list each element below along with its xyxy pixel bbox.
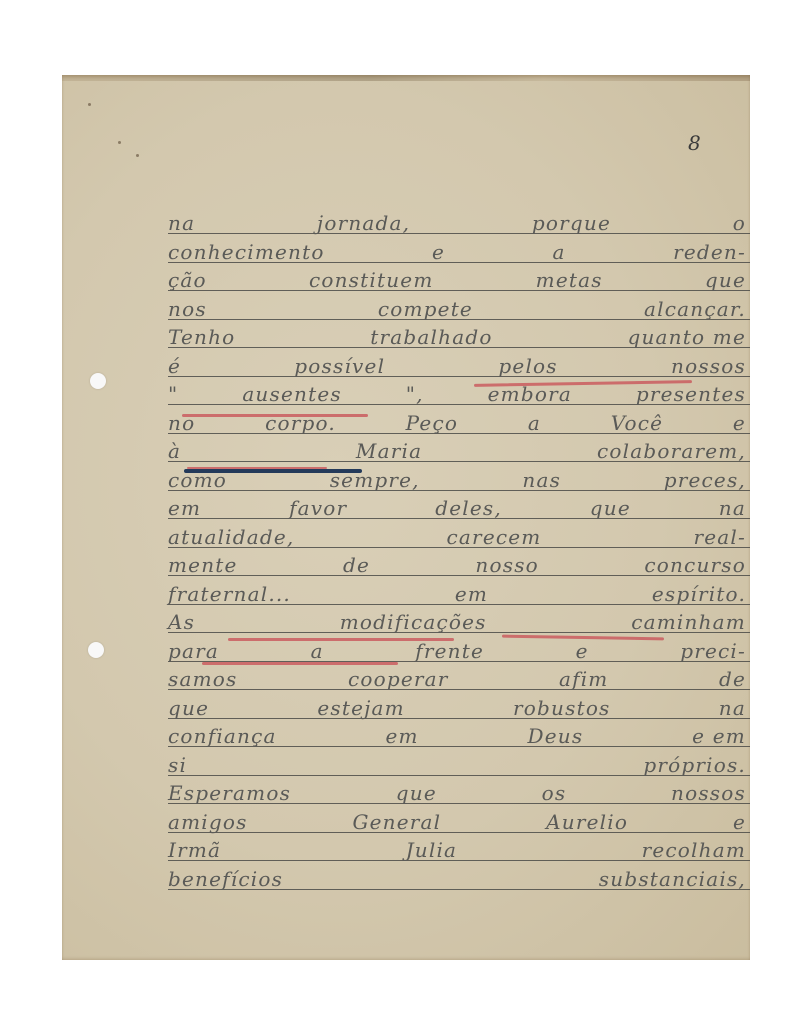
- handwritten-word: modificações: [340, 610, 487, 634]
- handwritten-word: As: [168, 610, 195, 634]
- handwritten-line: atualidade,carecemreal-: [168, 523, 750, 549]
- handwritten-word: o: [733, 211, 746, 235]
- red-underline-above-para-a-frente: [228, 638, 454, 641]
- handwritten-word: de: [719, 667, 746, 691]
- handwritten-word: Maria: [356, 439, 422, 463]
- page-number: 8: [688, 131, 701, 155]
- handwritten-word: confiança: [168, 724, 277, 748]
- handwritten-line: àMariacolaborarem,: [168, 437, 750, 463]
- handwritten-word: colaborarem,: [597, 439, 746, 463]
- handwritten-word: em: [168, 496, 201, 520]
- handwritten-word: espírito.: [652, 582, 746, 606]
- handwritten-word: próprios.: [643, 753, 746, 777]
- handwritten-word: e: [576, 639, 589, 663]
- handwritten-line: Esperamosqueosnossos: [168, 779, 750, 805]
- handwritten-word: nossos: [671, 354, 746, 378]
- handwritten-word: jornada,: [317, 211, 410, 235]
- handwritten-word: trabalhado: [370, 325, 492, 349]
- handwritten-word: reden-: [673, 240, 746, 264]
- handwritten-word: e em: [692, 724, 746, 748]
- handwritten-word: nas: [522, 468, 561, 492]
- handwritten-word: de: [343, 553, 370, 577]
- handwritten-word: que: [168, 696, 209, 720]
- handwritten-word: General: [352, 810, 441, 834]
- handwritten-word: samos: [168, 667, 237, 691]
- blue-underline-maria: [184, 469, 362, 473]
- handwritten-word: Julia: [406, 838, 458, 862]
- punch-hole-bottom: [88, 642, 104, 658]
- handwritten-line: épossívelpelosnossos: [168, 352, 750, 378]
- handwritten-word: substanciais,: [599, 867, 746, 891]
- handwritten-word: frente: [415, 639, 484, 663]
- handwritten-line: mentedenossoconcurso: [168, 551, 750, 577]
- handwritten-word: Irmã: [168, 838, 221, 862]
- handwritten-word: ção: [168, 268, 207, 292]
- handwritten-word: metas: [536, 268, 603, 292]
- handwritten-word: nossos: [671, 781, 746, 805]
- handwritten-line: Tenhotrabalhadoquanto me: [168, 323, 750, 349]
- handwritten-line: nocorpo.PeçoaVocêe: [168, 409, 750, 435]
- handwritten-word: alcançar.: [644, 297, 746, 321]
- handwritten-line: najornada,porqueo: [168, 209, 750, 235]
- handwritten-word: si: [168, 753, 187, 777]
- handwritten-line: queestejamrobustosna: [168, 694, 750, 720]
- handwritten-word: em: [455, 582, 488, 606]
- red-underline-para-a-frente: [202, 662, 398, 665]
- handwritten-word: a: [553, 240, 566, 264]
- handwritten-word: em: [385, 724, 418, 748]
- red-underline-ausentes: [182, 414, 368, 417]
- punch-hole-top: [90, 373, 106, 389]
- handwritten-word: conhecimento: [168, 240, 325, 264]
- handwritten-word: ",: [406, 382, 424, 406]
- handwritten-word: Tenho: [168, 325, 235, 349]
- handwritten-word: nosso: [475, 553, 539, 577]
- handwritten-word: que: [590, 496, 631, 520]
- handwritten-word: e: [733, 411, 746, 435]
- letter-page: 8 najornada,porqueoconhecimentoeareden-ç…: [62, 75, 750, 960]
- paper-speck: [118, 141, 121, 144]
- handwritten-word: porque: [532, 211, 611, 235]
- handwritten-line: Asmodificaçõescaminham: [168, 608, 750, 634]
- handwritten-line: "ausentes",emborapresentes: [168, 380, 750, 406]
- paper-speck: [88, 103, 91, 106]
- handwritten-word: Peço: [406, 411, 458, 435]
- handwritten-word: é: [168, 354, 181, 378]
- handwritten-line: emfavordeles,quena: [168, 494, 750, 520]
- handwritten-word: Deus: [528, 724, 584, 748]
- handwritten-word: e: [432, 240, 445, 264]
- handwritten-word: carecem: [447, 525, 542, 549]
- handwritten-word: quanto me: [627, 325, 746, 349]
- handwritten-line: çãoconstituemmetasque: [168, 266, 750, 292]
- handwritten-word: presentes: [636, 382, 746, 406]
- handwritten-word: constituem: [309, 268, 434, 292]
- handwritten-word: preci-: [680, 639, 746, 663]
- handwritten-word: que: [705, 268, 746, 292]
- handwritten-word: real-: [694, 525, 746, 549]
- handwritten-word: cooperar: [348, 667, 449, 691]
- handwritten-line: confiançaemDeuse em: [168, 722, 750, 748]
- handwritten-word: Você: [611, 411, 664, 435]
- handwritten-word: amigos: [168, 810, 248, 834]
- handwritten-word: preces,: [664, 468, 746, 492]
- handwritten-word: para: [168, 639, 219, 663]
- handwritten-line: conhecimentoeareden-: [168, 238, 750, 264]
- handwritten-word: a: [311, 639, 324, 663]
- handwritten-line: fraternal...emespírito.: [168, 580, 750, 606]
- handwritten-word: atualidade,: [168, 525, 294, 549]
- top-edge-stain: [62, 75, 750, 81]
- handwritten-word: deles,: [435, 496, 502, 520]
- handwritten-line: IrmãJuliarecolham: [168, 836, 750, 862]
- handwritten-word: fraternal...: [168, 582, 291, 606]
- handwritten-word: Esperamos: [168, 781, 291, 805]
- handwritten-word: à: [168, 439, 181, 463]
- handwritten-word: na: [719, 496, 746, 520]
- handwritten-line: benefíciossubstanciais,: [168, 865, 750, 891]
- paper-speck: [136, 154, 139, 157]
- handwritten-line: samoscooperarafimde: [168, 665, 750, 691]
- handwritten-word: favor: [289, 496, 347, 520]
- handwritten-line: noscompetealcançar.: [168, 295, 750, 321]
- handwritten-word: estejam: [317, 696, 404, 720]
- handwritten-word: ": [168, 382, 178, 406]
- handwritten-word: a: [528, 411, 541, 435]
- handwritten-word: caminham: [631, 610, 746, 634]
- handwritten-word: na: [168, 211, 195, 235]
- handwritten-word: pelos: [498, 354, 557, 378]
- handwritten-word: que: [396, 781, 437, 805]
- handwritten-word: os: [542, 781, 567, 805]
- handwritten-line: amigosGeneralAurelioe: [168, 808, 750, 834]
- handwritten-word: compete: [378, 297, 473, 321]
- handwritten-word: benefícios: [168, 867, 283, 891]
- handwritten-word: concurso: [644, 553, 746, 577]
- handwritten-word: afim: [559, 667, 609, 691]
- handwritten-word: na: [719, 696, 746, 720]
- handwritten-word: ausentes: [242, 382, 342, 406]
- handwritten-word: nos: [168, 297, 207, 321]
- handwritten-word: mente: [168, 553, 238, 577]
- handwritten-line: sipróprios.: [168, 751, 750, 777]
- handwritten-word: Aurelio: [546, 810, 628, 834]
- handwritten-word: recolham: [642, 838, 746, 862]
- handwritten-word: robustos: [513, 696, 611, 720]
- handwritten-word: e: [733, 810, 746, 834]
- handwritten-word: possível: [294, 354, 385, 378]
